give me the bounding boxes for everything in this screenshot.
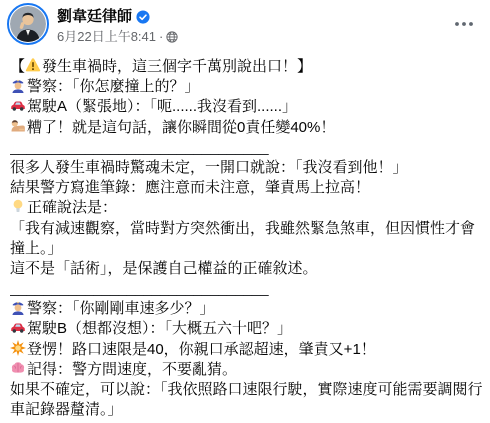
red-car-icon [10,319,26,335]
post-text: 警察：「你怎麼撞上的？」 [27,78,200,95]
post-line: 很多人發生車禍時驚魂未定，一開口就說：「我沒看到他！」 [10,158,480,178]
more-options-icon [454,15,474,33]
post-line: 「我有減速觀察，當時對方突然衝出，我雖然緊急煞車，但因慣性才會 [10,219,480,239]
post-line: 這不是「話術」，是保護自己權益的正確敘述。 [10,259,480,279]
collision-icon [10,340,26,356]
verified-badge-icon [136,10,150,24]
post-text: 正確說法是： [27,199,117,216]
post-text: 記得：警方問速度，不要亂猜。 [27,361,237,378]
more-options-button[interactable] [454,15,474,33]
post-line: 記得：警方問速度，不要亂猜。 [10,360,480,380]
post-meta: 6月22日上午8:41 · [57,28,178,45]
brain-icon [10,360,26,376]
post-line: 車記錄器釐清。」 [10,400,480,420]
post-line: 如果不確定，可以說：「我依照路口速限行駛，實際速度可能需要調閱行 [10,380,480,400]
post-line: 結果警方寫進筆錄：應注意而未注意，肇責馬上拉高！ [10,178,480,198]
warning-icon [25,57,41,73]
post-text: 發生車禍時，這三個字千萬別說出口！】 [42,58,312,75]
lightbulb-icon [10,198,26,214]
post-line: 駕駛A（緊張地）：「呃......我沒看到......」 [10,97,480,117]
post-line: 警察：「你怎麼撞上的？」 [10,77,480,97]
person-bowing-icon [10,118,26,134]
police-officer-icon [10,299,26,315]
avatar[interactable] [7,3,49,45]
post-text: 糟了！就是這句話，讓你瞬間從0責任變40%！ [27,119,335,136]
post-text: 駕駛B（想都沒想）：「大概五六十吧？」 [27,320,292,337]
globe-icon [166,31,178,43]
police-officer-icon [10,77,26,93]
post-line: 【發生車禍時，這三個字千萬別說出口！】 [10,57,480,77]
post-header: 劉韋廷律師 6月22日上午8:41 · [0,0,490,54]
post-divider: _______________________________ [10,279,480,299]
avatar-photo [10,6,46,42]
post-text: 「我有減速觀察，當時對方突然衝出，我雖然緊急煞車，但因慣性才會 [10,220,475,237]
post-text: 撞上。」 [10,240,63,257]
post-text: 結果警方寫進筆錄：應注意而未注意，肇責馬上拉高！ [10,179,370,196]
post-text: 很多人發生車禍時驚魂未定，一開口就說：「我沒看到他！」 [10,159,408,176]
red-car-icon [10,97,26,113]
meta-separator: · [159,28,163,45]
post-text: 車記錄器釐清。」 [10,401,123,418]
post-text: 這不是「話術」，是保護自己權益的正確敘述。 [10,260,318,277]
post-line: 糟了！就是這句話，讓你瞬間從0責任變40%！ [10,118,480,138]
post-text: 如果不確定，可以說：「我依照路口速限行駛，實際速度可能需要調閱行 [10,381,483,398]
facebook-post: 劉韋廷律師 6月22日上午8:41 · [0,0,490,423]
author-name[interactable]: 劉韋廷律師 [57,7,132,26]
post-line: 駕駛B（想都沒想）：「大概五六十吧？」 [10,319,480,339]
timestamp[interactable]: 6月22日上午8:41 [57,28,156,45]
header-text: 劉韋廷律師 6月22日上午8:41 · [57,7,178,45]
post-text: 【 [10,58,25,75]
post-body: 【發生車禍時，這三個字千萬別說出口！】警察：「你怎麼撞上的？」駕駛A（緊張地）：… [0,54,490,420]
post-line: 正確說法是： [10,198,480,218]
post-line: 撞上。」 [10,239,480,259]
post-divider: _______________________________ [10,138,480,158]
post-text: 登愣！路口速限是40，你親口承認超速，肇責又+1！ [27,341,376,358]
post-line: 警察：「你剛剛車速多少？」 [10,299,480,319]
post-text: 警察：「你剛剛車速多少？」 [27,300,215,317]
post-text: 駕駛A（緊張地）：「呃......我沒看到......」 [27,98,297,115]
post-line: 登愣！路口速限是40，你親口承認超速，肇責又+1！ [10,340,480,360]
